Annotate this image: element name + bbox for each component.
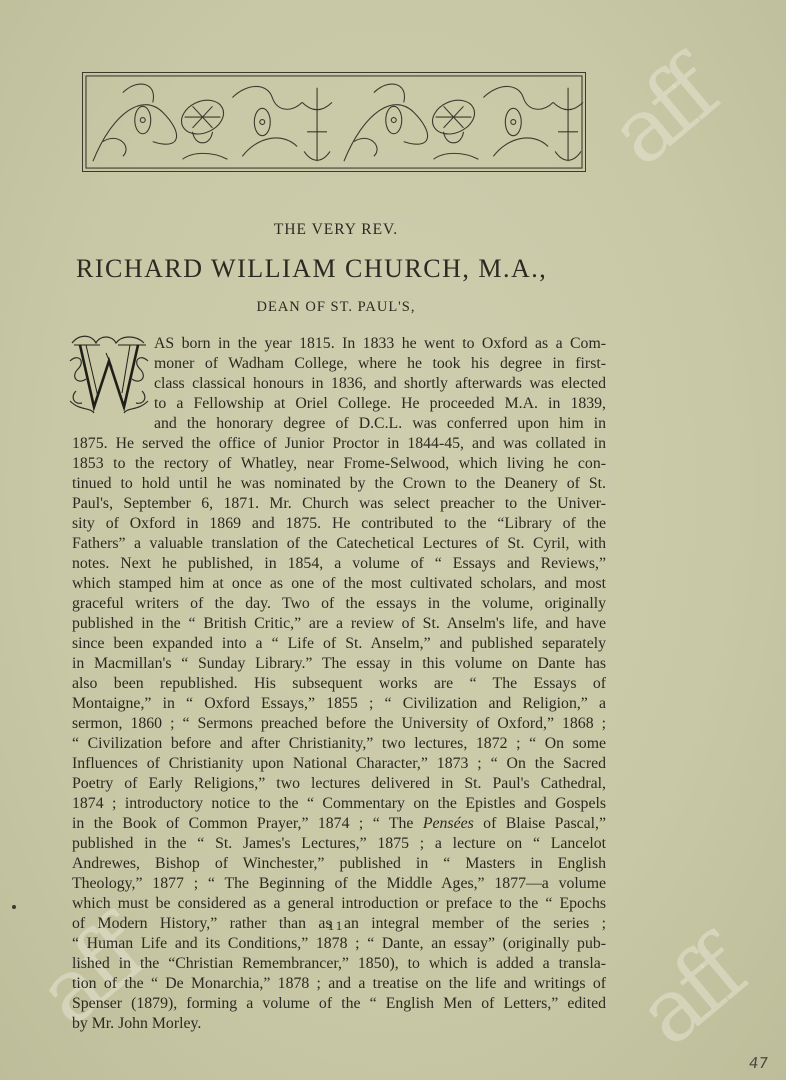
scrollwork-ornament-icon	[83, 73, 585, 171]
text-line: Influences of Christianity upon National…	[72, 754, 606, 774]
text-line: tion of the “ De Monarchia,” 1878 ; and …	[72, 974, 606, 994]
header-ornament-band	[82, 72, 586, 172]
text-line: Fathers” a valuable translation of the C…	[72, 534, 606, 554]
text-line: 1874 ; introductory notice to the “ Comm…	[72, 794, 606, 814]
text-line: sity of Oxford in 1869 and 1875. He cont…	[72, 514, 606, 534]
text-line: in the Book of Common Prayer,” 1874 ; “ …	[72, 814, 606, 834]
page-title: RICHARD WILLIAM CHURCH, M.A.,	[76, 254, 676, 284]
text-line: Theology,” 1877 ; “ The Beginning of the…	[72, 874, 606, 894]
ink-speck	[12, 905, 16, 909]
text-line: Poetry of Early Religions,” two lectures…	[72, 774, 606, 794]
text-line: “ Human Life and its Conditions,” 1878 ;…	[72, 934, 606, 954]
text-line: moner of Wadham College, where he took h…	[72, 354, 606, 374]
text-line: Spenser (1879), forming a volume of the …	[72, 994, 606, 1014]
handwritten-page-mark: 47	[748, 1054, 770, 1072]
text-line: published in the “ British Critic,” are …	[72, 614, 606, 634]
text-line: Montaigne,” in “ Oxford Essays,” 1855 ; …	[72, 694, 606, 714]
text-line: 1853 to the rectory of Whatley, near Fro…	[72, 454, 606, 474]
page-number: 11	[0, 918, 672, 934]
text-line: by Mr. John Morley.	[72, 1014, 606, 1034]
pretitle: THE VERY REV.	[0, 221, 672, 239]
text-line: Paul's, September 6, 1871. Mr. Church wa…	[72, 494, 606, 514]
text-line: published in the “ St. James's Lectures,…	[72, 834, 606, 854]
text-line: lished in the “Christian Remembrancer,” …	[72, 954, 606, 974]
text-line: to a Fellowship at Oriel College. He pro…	[72, 394, 606, 414]
text-line: in Macmillan's “ Sunday Library.” The es…	[72, 654, 606, 674]
text-line: “ Civilization before and after Christia…	[72, 734, 606, 754]
watermark: aff	[595, 48, 728, 179]
watermark: aff	[623, 928, 756, 1059]
text-line: which must be considered as a general in…	[72, 894, 606, 914]
text-line: class classical honours in 1836, and sho…	[72, 374, 606, 394]
text-line: since been expanded into a “ Life of St.…	[72, 634, 606, 654]
text-line: 1875. He served the office of Junior Pro…	[72, 434, 606, 454]
book-page: aff aff aff	[0, 0, 786, 1080]
text-line: AS born in the year 1815. In 1833 he wen…	[72, 334, 606, 354]
text-line: graceful writers of the day. Two of the …	[72, 594, 606, 614]
subtitle: DEAN OF ST. PAUL'S,	[0, 299, 672, 316]
text-line: sermon, 1860 ; “ Sermons preached before…	[72, 714, 606, 734]
text-line: also been republished. His subsequent wo…	[72, 674, 606, 694]
text-line: notes. Next he published, in 1854, a vol…	[72, 554, 606, 574]
text-line: tinued to hold until he was nominated by…	[72, 474, 606, 494]
text-line: Andrewes, Bishop of Winchester,” publish…	[72, 854, 606, 874]
text-line: which stamped him at once as one of the …	[72, 574, 606, 594]
text-line: and the honorary degree of D.C.L. was co…	[72, 414, 606, 434]
